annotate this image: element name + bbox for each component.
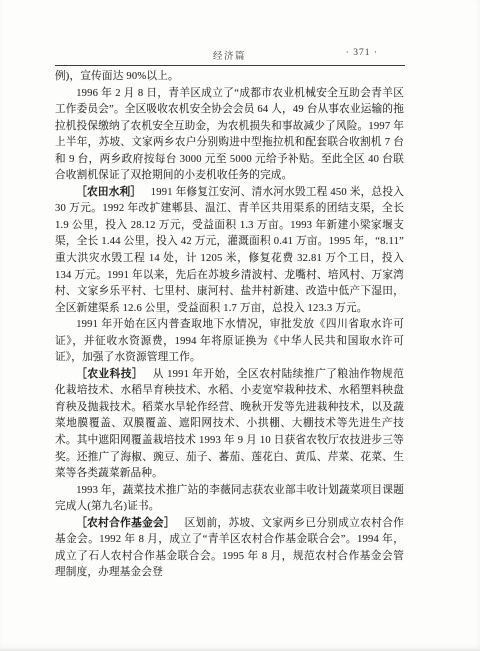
paragraph: ［农田水利］1991 年修复江安河、清水河水毁工程 450 米，总投入 30 万… — [55, 185, 404, 317]
section-heading: ［农田水利］ — [76, 187, 141, 198]
paragraph: 1991 年开始在区内普查取地下水情况，审批发放《四川省取水许可证》，并征收水资… — [55, 317, 404, 367]
section-heading: ［农业科技］ — [76, 369, 143, 380]
paragraph: ［农业科技］从 1991 年开始，全区农村陆续推广了粮油作物规范化栽培技术、水稻… — [55, 367, 404, 483]
section-heading: ［农村合作基金会］ — [76, 518, 175, 529]
header-rule — [55, 65, 405, 66]
paragraph: 1996 年 2 月 8 日，青羊区成立了“成都市农业机械安全互助会青羊区工作委… — [55, 86, 404, 185]
paragraph: 1993 年，蔬菜技术推广站的李薇同志获农业部丰收计划蔬菜项目课题完成人(第九名… — [55, 483, 404, 516]
running-header: 经济篇 · 371 · — [55, 48, 404, 62]
page-number: · 371 · — [346, 48, 378, 58]
paragraph: ［农村合作基金会］区划前，苏坡、文家两乡已分别成立农村合作基金会。1992 年 … — [55, 516, 404, 582]
scanned-book-page: 经济篇 · 371 · 例)，宣传面达 90%以上。1996 年 2 月 8 日… — [0, 0, 480, 651]
page-body-text: 例)，宣传面达 90%以上。1996 年 2 月 8 日，青羊区成立了“成都市农… — [55, 69, 404, 582]
paragraph: 例)，宣传面达 90%以上。 — [55, 69, 404, 86]
